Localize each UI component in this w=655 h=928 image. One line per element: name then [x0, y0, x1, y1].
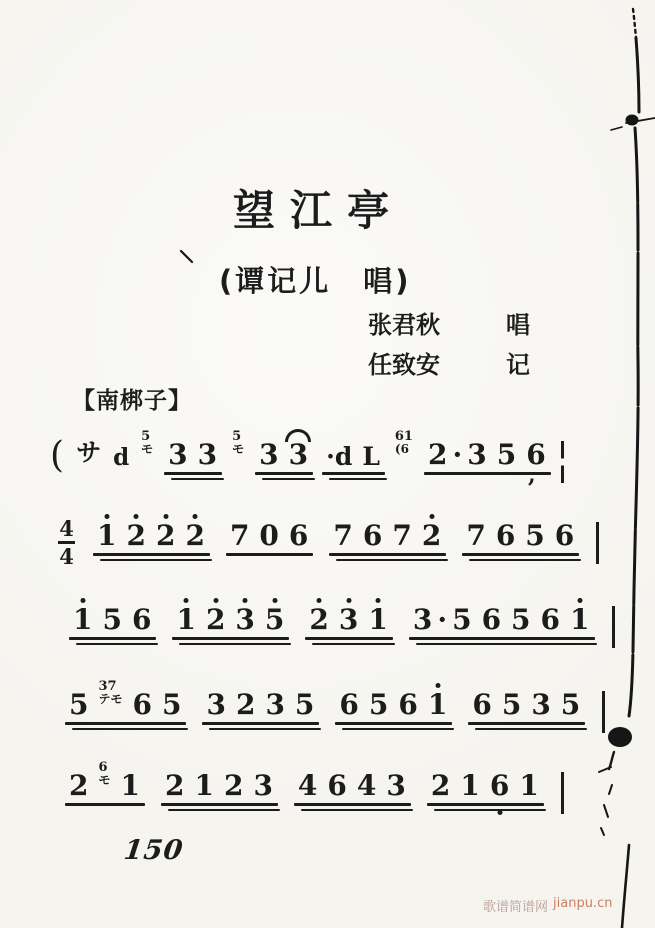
song-title: 望江亭: [233, 186, 404, 236]
percussion-symbol: サ: [75, 440, 102, 465]
underline: [312, 643, 394, 645]
note: 5: [525, 522, 544, 550]
credits: 张君秋 唱 任致安 记: [368, 305, 530, 385]
grace-notes: 37テモ: [98, 680, 122, 706]
note: 6: [490, 772, 509, 800]
note: 7: [333, 522, 352, 550]
character-sings-subtitle: (谭记儿 唱): [219, 259, 412, 300]
octave-dot-above: [346, 598, 351, 603]
note: 1: [121, 772, 140, 800]
octave-dot-above: [184, 598, 189, 603]
note: 6: [363, 522, 382, 550]
watermark-site-name: 歌谱简谱网: [483, 896, 548, 915]
note: 6: [327, 772, 346, 800]
note: 2: [185, 522, 204, 550]
time-signature: 44: [58, 518, 75, 567]
note: 5: [511, 606, 530, 634]
grace-bottom: モ: [98, 774, 110, 787]
note: 3: [265, 691, 284, 719]
underline: [168, 809, 280, 811]
note: 7: [230, 522, 249, 550]
grace-bottom: モ: [141, 443, 153, 456]
note: 5: [295, 691, 314, 719]
underline: [65, 803, 145, 806]
grace-notes: 5モ: [232, 430, 244, 456]
credit-role: 唱: [506, 305, 530, 340]
note: 6: [398, 691, 417, 719]
note: 5: [102, 606, 121, 634]
grace-top: 6: [98, 761, 107, 775]
grace-top: 37: [98, 680, 116, 694]
note-group: ·dL: [323, 444, 383, 469]
note: 3: [206, 691, 225, 719]
note: 2: [165, 772, 184, 800]
note: 6: [339, 691, 358, 719]
note: 3: [339, 606, 358, 634]
grace-notes: 6モ: [98, 761, 110, 787]
note-group: 156: [70, 606, 154, 634]
underline: [301, 809, 413, 811]
underline: [409, 637, 595, 640]
note: 2: [206, 606, 225, 634]
underline: [468, 722, 585, 725]
note-group: 706: [227, 522, 311, 550]
grace-top: 61: [395, 430, 413, 444]
ink-speck: [181, 251, 192, 262]
octave-dot-above: [104, 514, 109, 519]
grace-bottom: (6: [395, 443, 409, 456]
underline: [434, 809, 546, 811]
underline: [164, 472, 222, 475]
ink-blob: [626, 115, 639, 126]
underline: [469, 559, 581, 561]
note: 3: [386, 772, 405, 800]
octave-dot-above: [376, 598, 381, 603]
note: 1: [176, 606, 195, 634]
note-group: 33: [256, 441, 311, 469]
octave-dot-above: [577, 598, 582, 603]
barline: [561, 441, 564, 483]
note: 6: [482, 606, 501, 634]
octave-dot-above: [80, 598, 85, 603]
note: 2: [236, 691, 255, 719]
note: 7: [466, 522, 485, 550]
note-group: 33: [165, 441, 220, 469]
note: 2: [309, 606, 328, 634]
note: L: [362, 444, 380, 469]
note: ·d: [326, 444, 352, 469]
credit-role: 记: [506, 345, 530, 380]
underline: [69, 637, 156, 640]
underline: [305, 637, 392, 640]
underline: [342, 728, 454, 730]
barline: [602, 691, 605, 733]
time-signature-top: 4: [59, 518, 74, 539]
time-signature-bottom: 4: [59, 546, 74, 567]
grace-top: 5: [141, 430, 150, 444]
music-line-4: 537テモ65323565616535: [66, 691, 605, 719]
grace-notes: 61(6: [395, 430, 413, 456]
music-line-1: (サd5モ335モ33·dL61(62·356,: [50, 441, 564, 469]
underline: [329, 478, 387, 480]
note-group: 2161: [428, 772, 542, 800]
augmentation-dot: ·: [452, 441, 462, 469]
octave-dot-above: [193, 514, 198, 519]
octave-dot-above: [134, 514, 139, 519]
underline: [475, 728, 587, 730]
note: 6: [541, 606, 560, 634]
underline: [322, 472, 385, 475]
underline: [335, 722, 452, 725]
note: 5: [69, 691, 88, 719]
note-group: 7656: [463, 522, 577, 550]
note-group: 7672: [330, 522, 444, 550]
note: 6: [555, 522, 574, 550]
octave-dot-above: [213, 598, 218, 603]
underline: [262, 478, 315, 480]
note: 1: [519, 772, 538, 800]
note-group: 6535: [469, 691, 583, 719]
tune-name-label: 【南梆子】: [72, 382, 192, 415]
note: 2: [224, 772, 243, 800]
barline: [596, 522, 599, 564]
note: 6: [133, 691, 152, 719]
underline: [202, 722, 319, 725]
octave-dot-above: [272, 598, 277, 603]
underline: [76, 643, 158, 645]
note: 2: [156, 522, 175, 550]
note: 4: [298, 772, 317, 800]
underline: [209, 728, 321, 730]
note: 6: [496, 522, 515, 550]
grace-bottom: テモ: [98, 693, 122, 706]
note: 3: [289, 441, 308, 469]
note: 5: [452, 606, 471, 634]
augmentation-dot: ·: [437, 606, 447, 634]
credit-row-singer: 张君秋 唱: [368, 305, 530, 340]
note: 7: [392, 522, 411, 550]
grace-notes: 5モ: [141, 430, 153, 456]
note: 1: [428, 691, 447, 719]
note: 3: [467, 441, 486, 469]
music-line-3: 15612352313·56561: [70, 606, 615, 634]
underline: [427, 803, 544, 806]
note: 3: [198, 441, 217, 469]
underline: [336, 559, 448, 561]
barline: [612, 606, 615, 648]
note: 1: [460, 772, 479, 800]
note: 5: [265, 606, 284, 634]
watermark: 歌谱简谱网 jianpu.cn: [483, 896, 612, 915]
note-group: 3235: [203, 691, 317, 719]
ink-blob: [608, 727, 632, 747]
note: 1: [570, 606, 589, 634]
underline: [93, 553, 210, 556]
octave-dot-above: [317, 598, 322, 603]
credit-row-transcriber: 任致安 记: [368, 345, 530, 380]
note: 1: [97, 522, 116, 550]
underline: [255, 472, 313, 475]
octave-dot-above: [429, 514, 434, 519]
note: 5: [369, 691, 388, 719]
note: 2: [431, 772, 450, 800]
underline: [161, 803, 278, 806]
note: 3: [413, 606, 432, 634]
music-line-5: 26モ1212346432161: [66, 772, 564, 800]
watermark-site-url: jianpu.cn: [553, 896, 612, 915]
note: 6: [472, 691, 491, 719]
page-edge-line: [633, 9, 636, 38]
grace-top: 5: [232, 430, 241, 444]
note: 0: [259, 522, 278, 550]
note: 5: [162, 691, 181, 719]
note: 5: [561, 691, 580, 719]
underline: [462, 553, 579, 556]
opening-paren: (: [50, 438, 64, 474]
note-group: 1235: [173, 606, 287, 634]
percussion-syllable: d: [113, 446, 129, 469]
note: 3: [531, 691, 550, 719]
underline: [416, 643, 597, 645]
underline: [172, 637, 289, 640]
underline: [100, 559, 212, 561]
note: 5: [502, 691, 521, 719]
note-group: 537テモ65: [66, 680, 184, 719]
note-group: 26モ1: [66, 761, 143, 800]
note: 2: [126, 522, 145, 550]
note: 1: [73, 606, 92, 634]
note: 6: [289, 522, 308, 550]
note: 2: [422, 522, 441, 550]
underline: [171, 478, 224, 480]
page-number: 150: [122, 835, 185, 866]
octave-dot-above: [243, 598, 248, 603]
underline: [179, 643, 291, 645]
note-group: 231: [306, 606, 390, 634]
underline: [72, 728, 188, 730]
note: 3: [235, 606, 254, 634]
note-group: 3·56561: [410, 606, 593, 634]
note-group: 1222: [94, 522, 208, 550]
grace-bottom: モ: [232, 443, 244, 456]
octave-dot-above: [163, 514, 168, 519]
octave-dot-above: [435, 683, 440, 688]
barline: [561, 772, 564, 814]
note: 3: [168, 441, 187, 469]
note: 6: [132, 606, 151, 634]
music-line-2: 44122270676727656: [58, 522, 599, 550]
note-group: 4643: [295, 772, 409, 800]
tie-arc: [285, 429, 311, 442]
underline: [294, 803, 411, 806]
note: 1: [368, 606, 387, 634]
credit-name: 张君秋: [368, 305, 440, 340]
underline: [329, 553, 446, 556]
note: 1: [194, 772, 213, 800]
underline: [226, 553, 313, 556]
sheet-music-page: 望江亭 (谭记儿 唱) 张君秋 唱 任致安 记 【南梆子】 (サd5モ335モ3…: [0, 0, 655, 928]
note: 2: [428, 441, 447, 469]
underline: [65, 722, 186, 725]
breath-mark: ,: [528, 462, 536, 488]
credit-name: 任致安: [368, 345, 440, 380]
note: 3: [259, 441, 278, 469]
note-group: 2123: [162, 772, 276, 800]
note-group: 6561: [336, 691, 450, 719]
note: 2: [69, 772, 88, 800]
note: 3: [253, 772, 272, 800]
note: 4: [357, 772, 376, 800]
note: 5: [497, 441, 516, 469]
